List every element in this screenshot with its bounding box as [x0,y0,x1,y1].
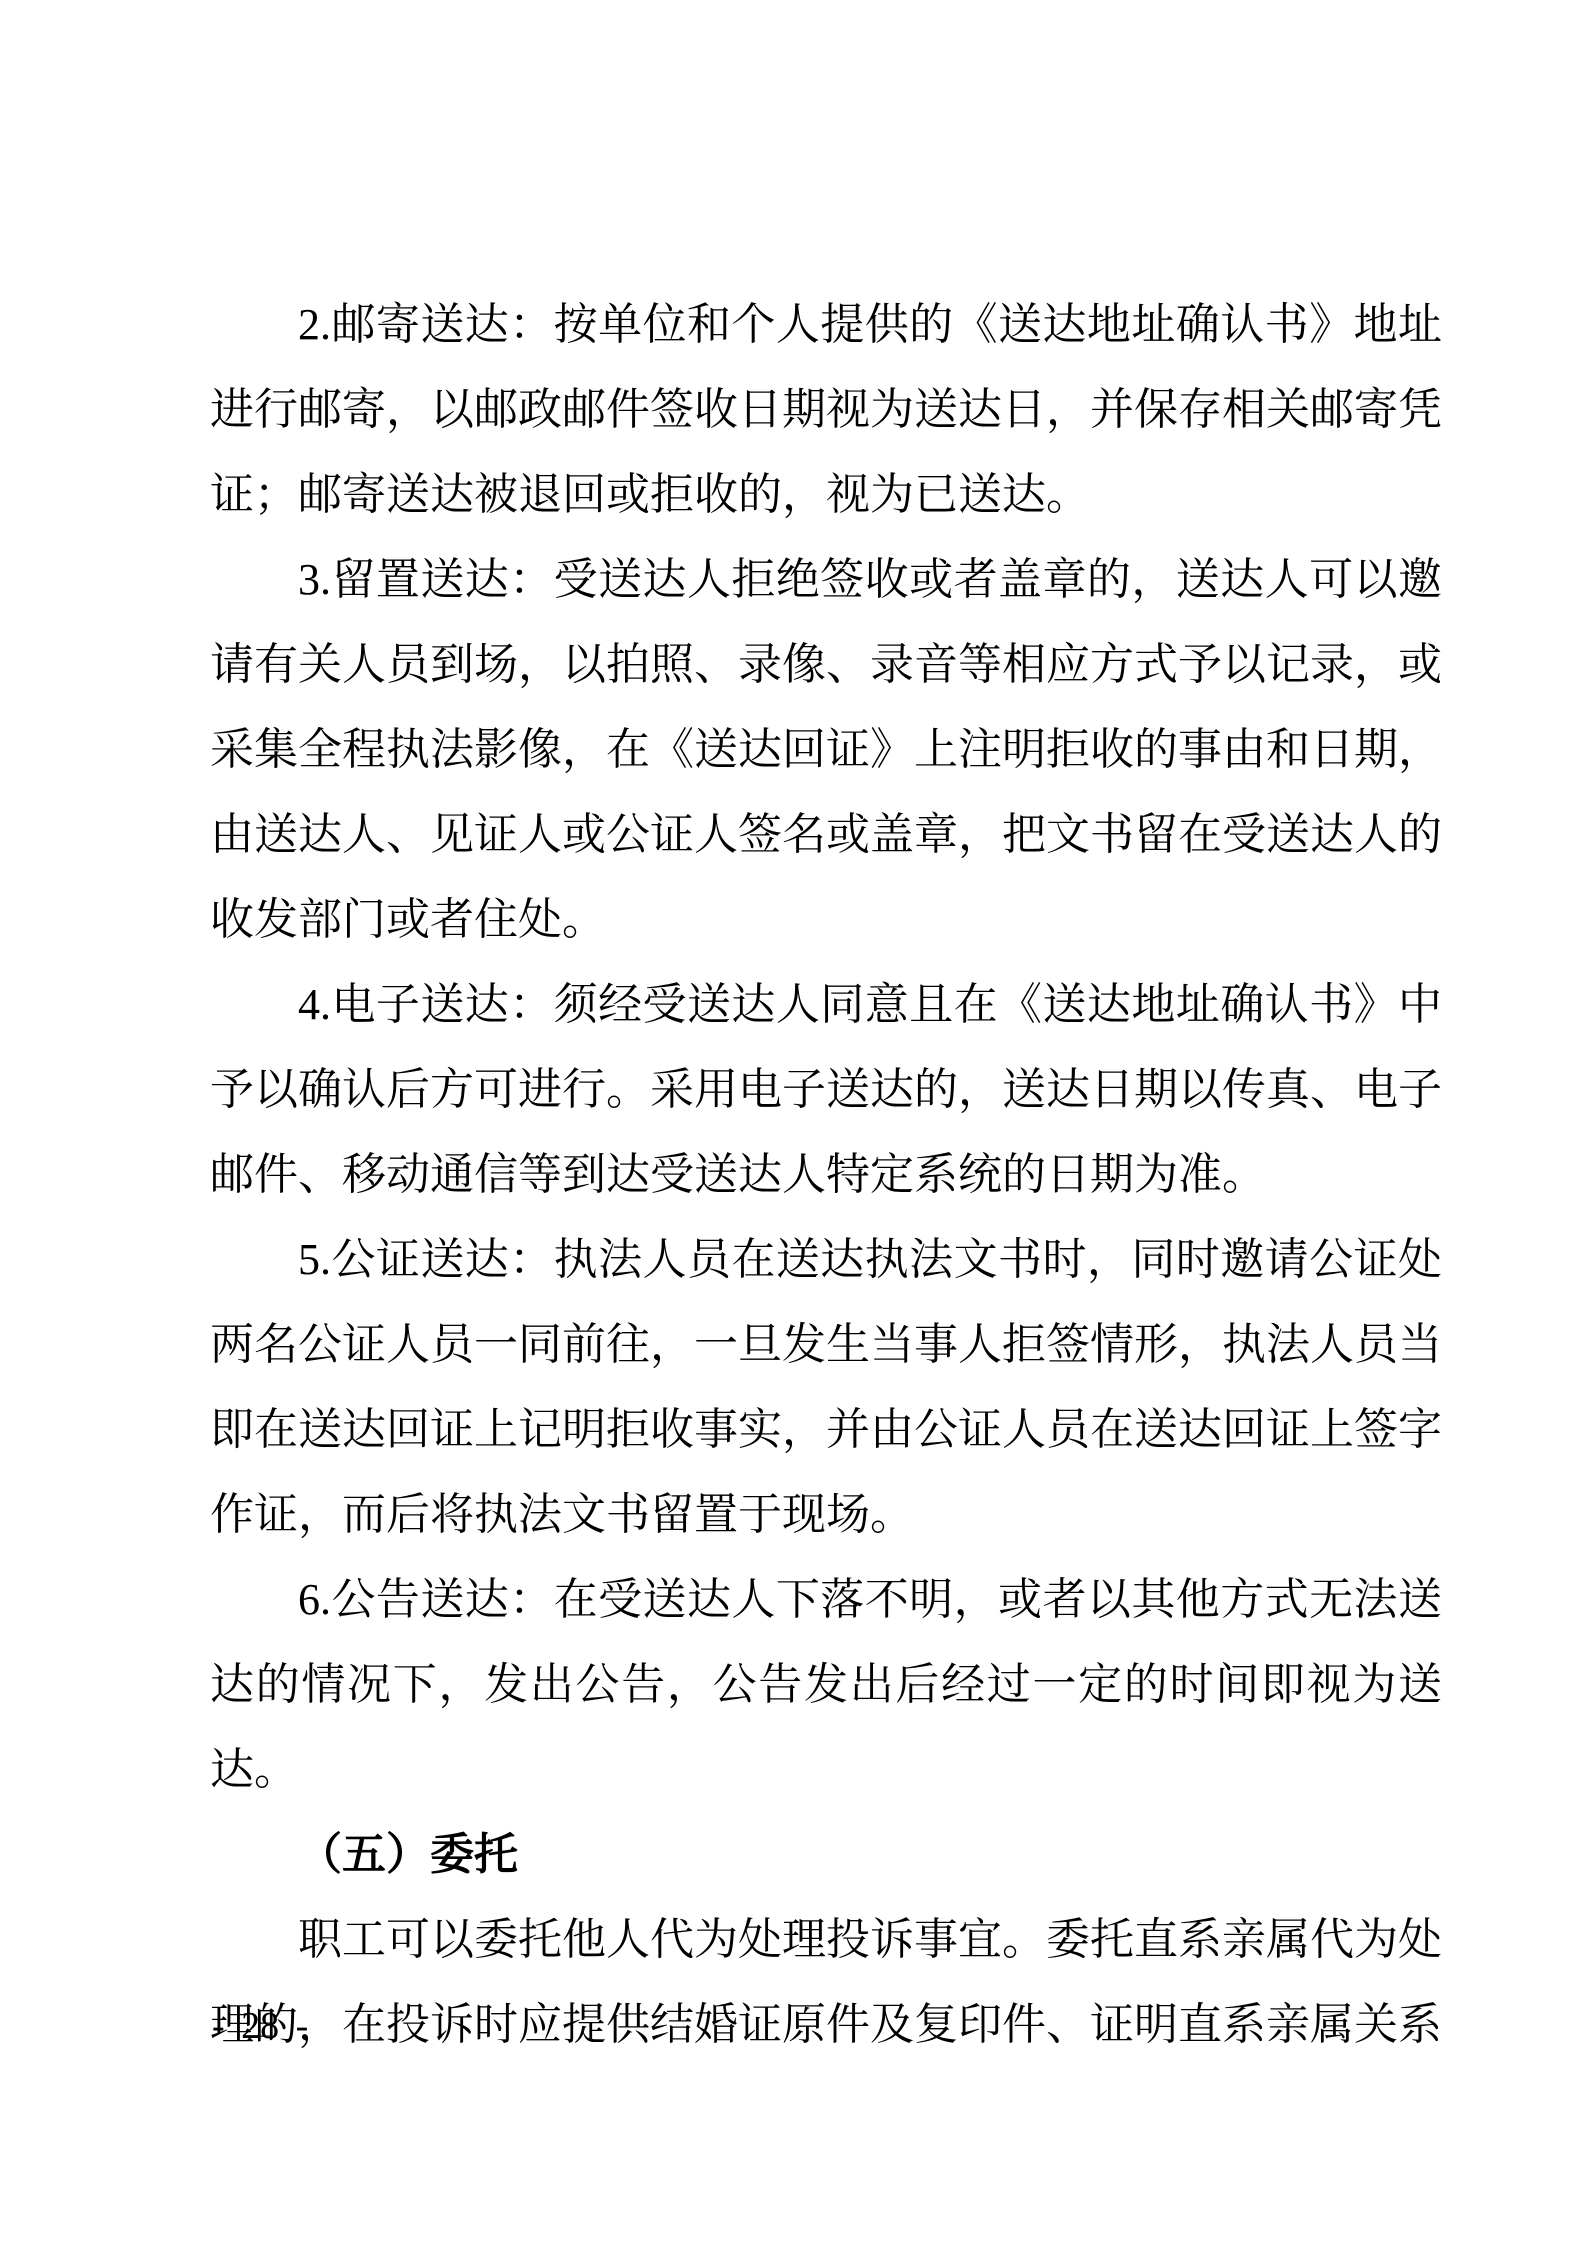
heading-entrustment: （五）委托 [210,1812,1442,1897]
paragraph-notarized-delivery: 5.公证送达：执法人员在送达执法文书时，同时邀请公证处两名公证人员一同前往，一旦… [210,1217,1442,1557]
document-page: 2.邮寄送达：按单位和个人提供的《送达地址确认书》地址进行邮寄，以邮政邮件签收日… [0,0,1587,2245]
paragraph-lien-delivery: 3.留置送达：受送达人拒绝签收或者盖章的，送达人可以邀请有关人员到场，以拍照、录… [210,537,1442,962]
paragraph-entrustment-intro: 职工可以委托他人代为处理投诉事宜。委托直系亲属代为处理的，在投诉时应提供结婚证原… [210,1897,1442,2067]
paragraph-announcement-delivery: 6.公告送达：在受送达人下落不明，或者以其他方式无法送达的情况下，发出公告，公告… [210,1557,1442,1812]
paragraph-postal-delivery: 2.邮寄送达：按单位和个人提供的《送达地址确认书》地址进行邮寄，以邮政邮件签收日… [210,282,1442,537]
paragraph-electronic-delivery: 4.电子送达：须经受送达人同意且在《送达地址确认书》中予以确认后方可进行。采用电… [210,962,1442,1217]
document-body: 2.邮寄送达：按单位和个人提供的《送达地址确认书》地址进行邮寄，以邮政邮件签收日… [210,282,1442,2067]
page-number: - 28 - [212,2004,308,2048]
